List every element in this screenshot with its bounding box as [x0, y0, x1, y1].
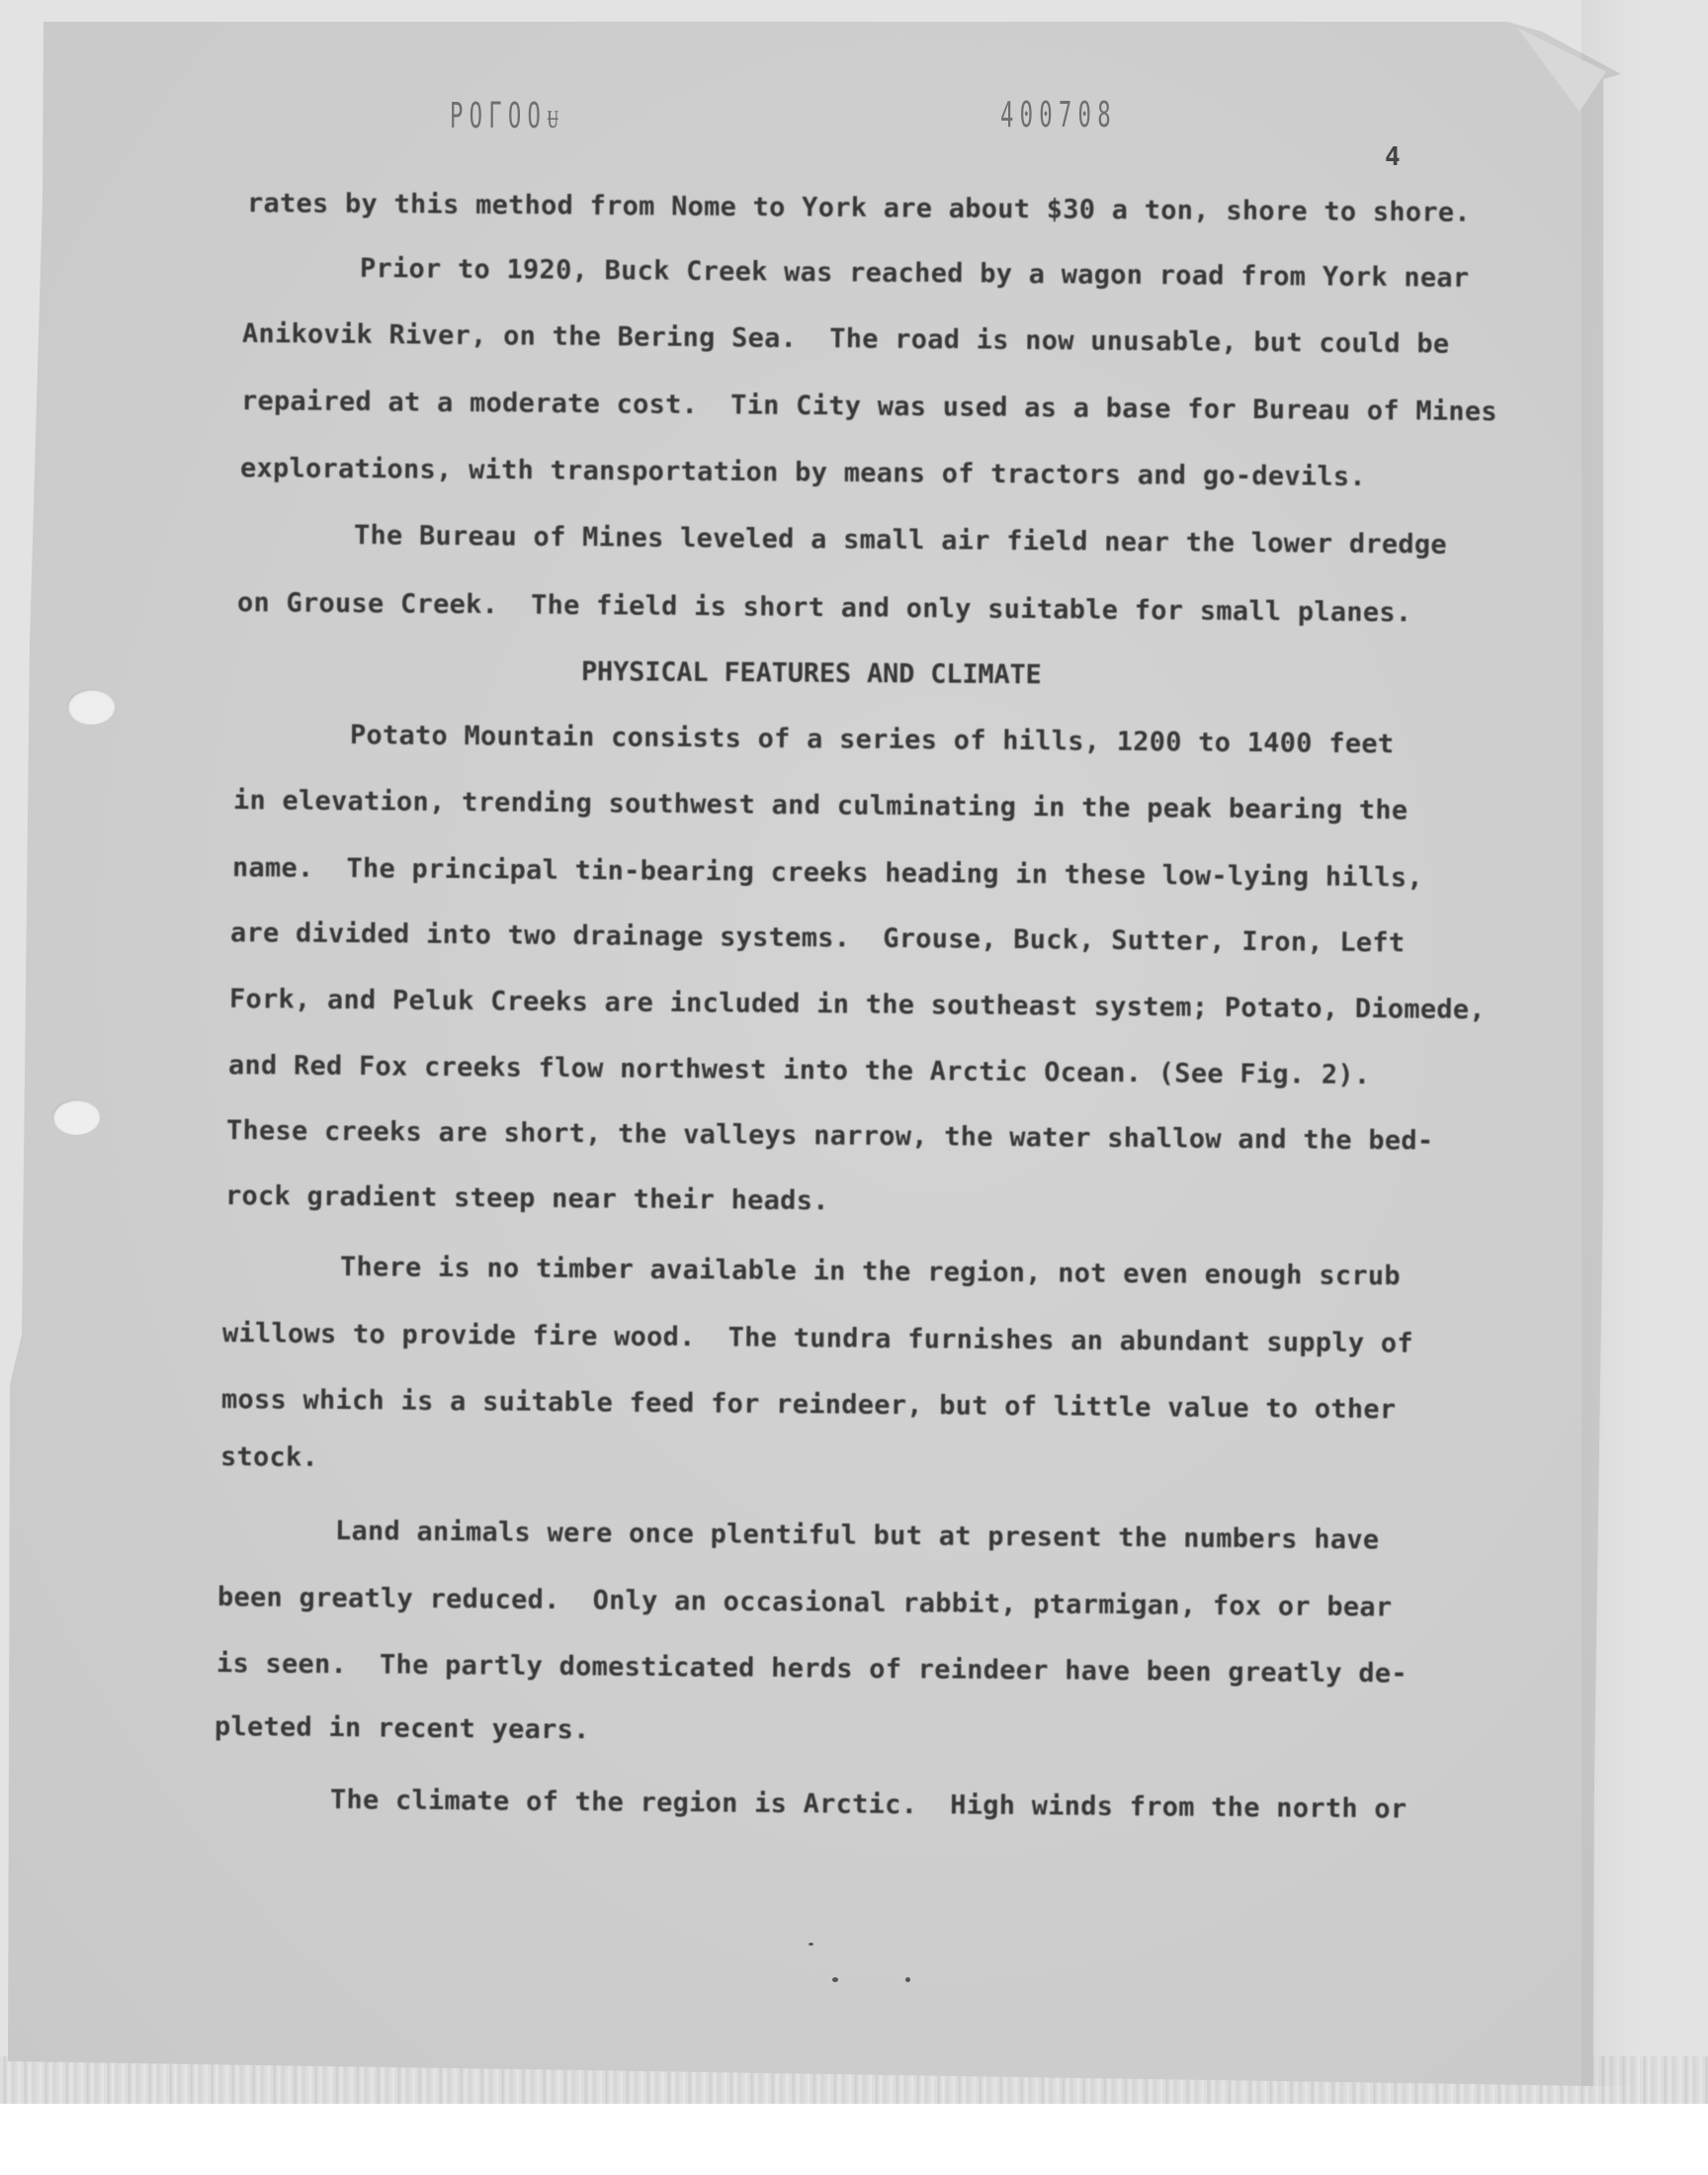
page-number: 4	[1385, 142, 1401, 172]
page-edge-shadow	[1581, 0, 1641, 2086]
paper-speck	[832, 1977, 838, 1982]
archive-stamp-number: 400708	[1000, 95, 1117, 135]
archive-stamp-left: POΓOOᵾ	[450, 95, 564, 136]
body-line: pleted in recent years.	[214, 1711, 590, 1746]
paper-speck	[809, 1943, 813, 1946]
paper-speck	[905, 1977, 910, 1982]
section-heading: PHYSICAL FEATURES AND CLIMATE	[581, 656, 1042, 691]
body-line: stock.	[220, 1441, 318, 1474]
punch-hole-bottom	[52, 1099, 100, 1135]
punch-hole-top	[67, 689, 115, 725]
body-line: rock gradient steep near their heads.	[225, 1180, 829, 1217]
